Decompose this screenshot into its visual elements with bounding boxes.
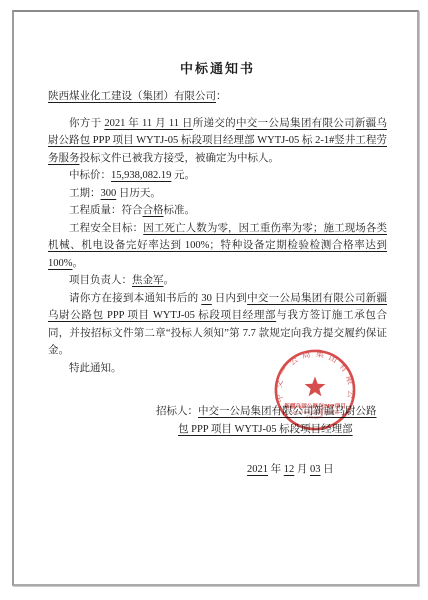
- text: 工程质量：符合: [69, 205, 143, 216]
- body-paragraph: 项目负责人：焦金军。: [48, 272, 387, 290]
- underlined-text: 焦金军: [132, 275, 164, 286]
- document-page: 中标通知书 陕西煤业化工建设（集团）有限公司： 你方于 2021 年 11 月 …: [12, 10, 419, 586]
- underlined-text: 12: [284, 464, 295, 475]
- document-title: 中标通知书: [48, 58, 387, 77]
- body-paragraph: 特此通知。: [48, 360, 387, 378]
- text: 月: [294, 464, 310, 475]
- text: 招标人：: [156, 406, 198, 417]
- underlined-text: 包 PPP 项目 WYTJ-05 标段项目经理部: [178, 424, 353, 435]
- text: 工程安全目标：: [69, 223, 143, 234]
- text: 日历天。: [116, 188, 161, 199]
- sign-issuer-line: 招标人：中交一公局集团有限公司新疆乌尉公路: [156, 403, 387, 421]
- text: 年: [268, 464, 284, 475]
- text: 日内到: [212, 293, 247, 304]
- addressee-name: 陕西煤业化工建设（集团）有限公司: [48, 91, 216, 102]
- text: 特此通知。: [69, 363, 122, 374]
- body-paragraph: 工期：300 日历天。: [48, 185, 387, 203]
- text: 你方于: [69, 118, 104, 129]
- underlined-text: 2021: [247, 464, 268, 475]
- body-paragraph: 请你方在接到本通知书后的 30 日内到中交一公局集团有限公司新疆乌尉公路包 PP…: [48, 290, 387, 360]
- text: 。: [164, 275, 175, 286]
- underlined-text: 合格: [143, 205, 164, 216]
- underlined-text: 2021 年 11 月 11 日: [104, 118, 192, 129]
- text: 所递交的: [193, 118, 236, 129]
- body-paragraph: 中标价：15,938,082.19 元。: [48, 167, 387, 185]
- text: 投标文件已被我方接受，被确定为中标人。: [80, 153, 280, 164]
- addressee-colon: ：: [216, 91, 227, 102]
- addressee-line: 陕西煤业化工建设（集团）有限公司：: [48, 88, 387, 106]
- text: 日: [321, 464, 334, 475]
- text: 标准。: [164, 205, 196, 216]
- underlined-text: 15,938,082.19: [111, 170, 171, 181]
- text: 。: [73, 258, 84, 269]
- star-icon: [305, 377, 326, 397]
- text: 中标价：: [69, 170, 111, 181]
- text: 请你方在接到本通知书后的: [69, 293, 201, 304]
- body-paragraph: 工程质量：符合合格标准。: [48, 202, 387, 220]
- body-paragraph: 你方于 2021 年 11 月 11 日所递交的中交一公局集团有限公司新疆乌尉公…: [48, 115, 387, 168]
- text: 元。: [171, 170, 195, 181]
- underlined-text: 中交一公局集团有限公司新疆乌尉公路: [198, 406, 377, 417]
- underlined-text: 30: [201, 293, 212, 304]
- body-paragraph: 工程安全目标：因工死亡人数为零，因工重伤率为零；施工现场各类机械、机电设备完好率…: [48, 220, 387, 273]
- sign-issuer-line: 包 PPP 项目 WYTJ-05 标段项目经理部: [178, 421, 387, 439]
- text: 项目负责人：: [69, 275, 132, 286]
- sign-block: 招标人：中交一公局集团有限公司新疆乌尉公路包 PPP 项目 WYTJ-05 标段…: [48, 403, 387, 479]
- underlined-text: 03: [310, 464, 321, 475]
- document-body: 你方于 2021 年 11 月 11 日所递交的中交一公局集团有限公司新疆乌尉公…: [48, 115, 387, 378]
- sign-date-line: 2021 年 12 月 03 日: [247, 461, 387, 479]
- underlined-text: 300: [101, 188, 117, 199]
- text: 工期：: [69, 188, 101, 199]
